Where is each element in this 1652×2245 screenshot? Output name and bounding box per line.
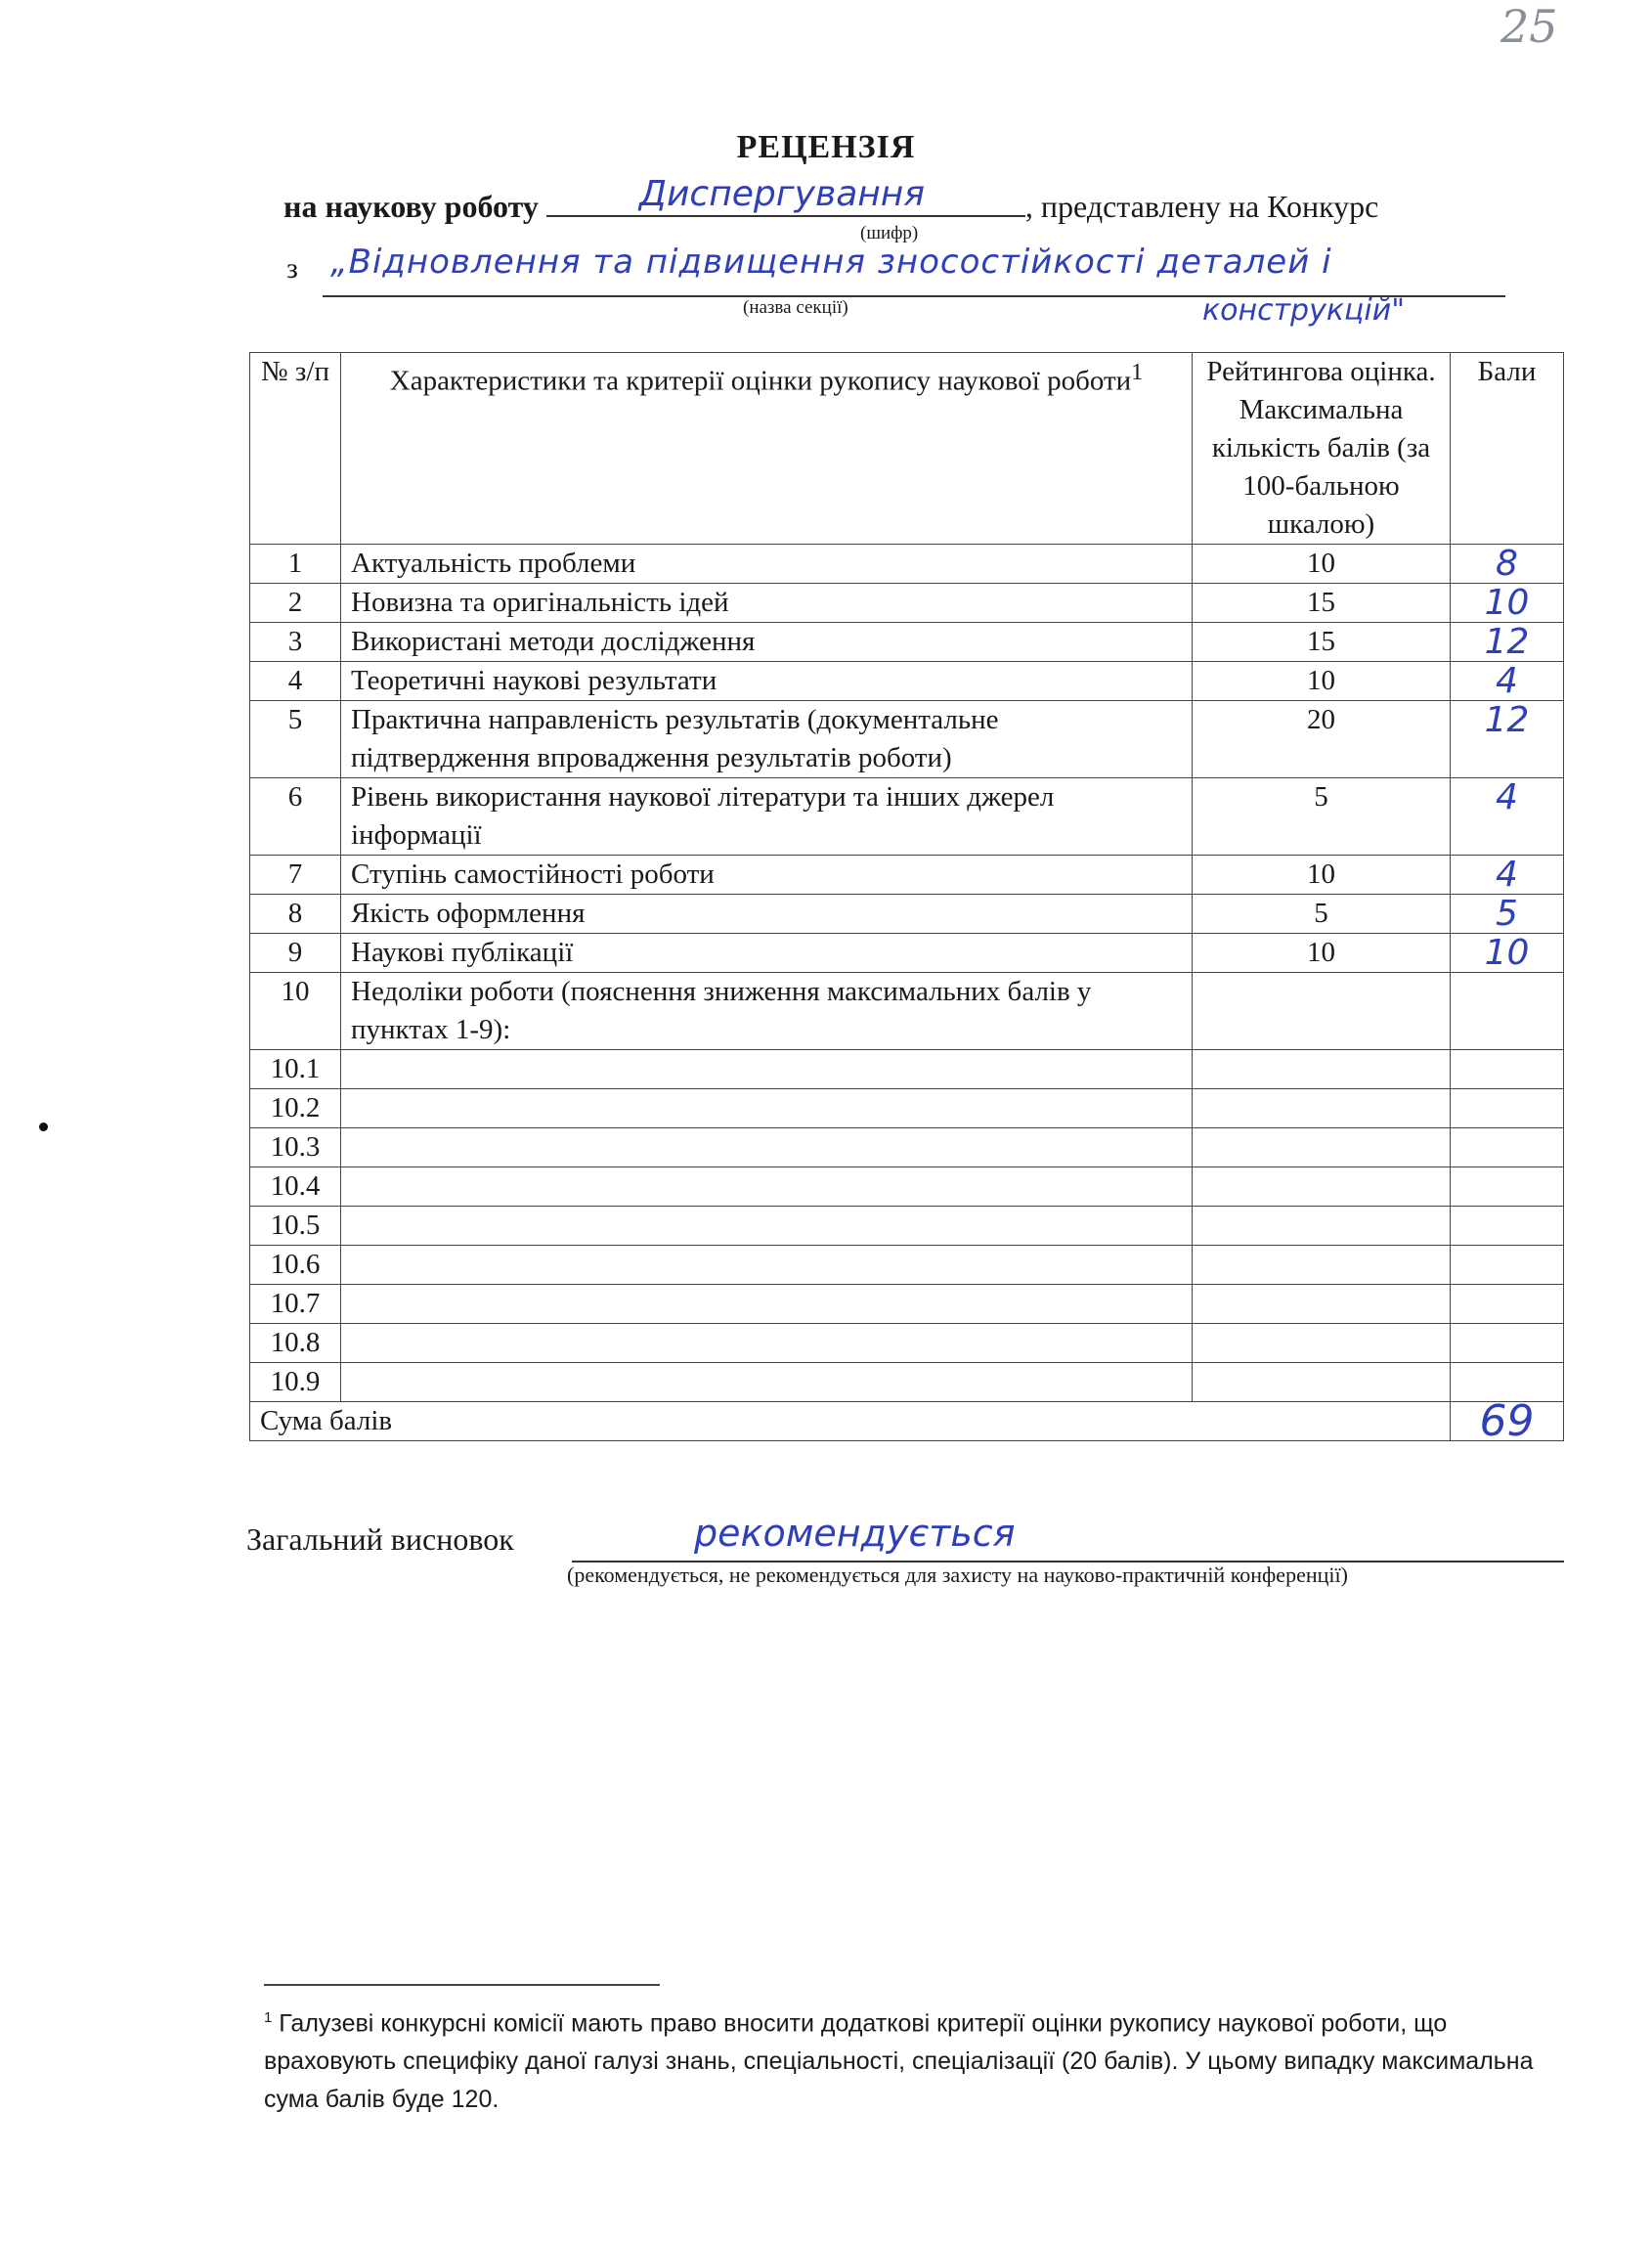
section-caption: (назва секції) xyxy=(743,297,848,319)
table-subrow: 10.4 xyxy=(250,1167,1564,1207)
conclusion-caption: (рекомендується, не рекомендується для з… xyxy=(567,1563,1348,1588)
row-score-handwritten: 12 xyxy=(1485,700,1530,740)
work-line: на наукову роботу Диспергування , предст… xyxy=(283,182,1378,225)
subrow-criteria-cell[interactable] xyxy=(341,1285,1193,1324)
table-row: 2Новизна та оригінальність ідей1510 xyxy=(250,584,1564,623)
subrow-max-cell[interactable] xyxy=(1193,1050,1451,1089)
row-score-handwritten: 4 xyxy=(1496,777,1518,817)
row-number: 1 xyxy=(250,545,341,584)
row-number: 5 xyxy=(250,701,341,778)
work-cipher-handwritten: Диспергування xyxy=(639,174,925,214)
subrow-max-cell[interactable] xyxy=(1193,1363,1451,1402)
sum-row: Сума балів 69 xyxy=(250,1402,1564,1441)
row-score-cell[interactable]: 4 xyxy=(1451,778,1564,856)
row-number: 3 xyxy=(250,623,341,662)
row-criteria: Практична направленість результатів (док… xyxy=(341,701,1193,778)
row-max-score: 5 xyxy=(1193,778,1451,856)
row-score-cell[interactable]: 8 xyxy=(1451,545,1564,584)
subrow-score-cell[interactable] xyxy=(1451,1207,1564,1246)
table-subrow: 10.6 xyxy=(250,1246,1564,1285)
subrow-criteria-cell[interactable] xyxy=(341,1089,1193,1128)
row-max-score: 5 xyxy=(1193,895,1451,934)
subrow-max-cell[interactable] xyxy=(1193,1207,1451,1246)
row-criteria: Якість оформлення xyxy=(341,895,1193,934)
subrow-criteria-cell[interactable] xyxy=(341,1167,1193,1207)
sum-value-handwritten: 69 xyxy=(1480,1396,1535,1446)
table-row: 3Використані методи дослідження1512 xyxy=(250,623,1564,662)
row-score-handwritten: 4 xyxy=(1496,855,1518,895)
subrow-max-cell[interactable] xyxy=(1193,1089,1451,1128)
row-score-handwritten: 5 xyxy=(1496,894,1518,934)
column-header-number: № з/п xyxy=(250,353,341,545)
subrow-max-cell[interactable] xyxy=(1193,1324,1451,1363)
work-cipher-field[interactable]: Диспергування xyxy=(546,182,1025,217)
column-header-max-score: Рейтингова оцінка. Максимальна кількість… xyxy=(1193,353,1451,545)
column-header-criteria: Характеристики та критерії оцінки рукопи… xyxy=(341,353,1193,545)
subrow-score-cell[interactable] xyxy=(1451,1324,1564,1363)
row-score-cell[interactable]: 4 xyxy=(1451,662,1564,701)
footnote-divider xyxy=(264,1984,660,1986)
conclusion-handwritten: рекомендується xyxy=(694,1512,1016,1555)
section-name-handwritten-line2: конструкцій" xyxy=(1202,293,1405,328)
row-max-score: 15 xyxy=(1193,623,1451,662)
row-max-score: 20 xyxy=(1193,701,1451,778)
row-score-cell[interactable]: 5 xyxy=(1451,895,1564,934)
footnote: 1 Галузеві конкурсні комісії мають право… xyxy=(264,1999,1574,2119)
column-header-score: Бали xyxy=(1451,353,1564,545)
table-subrow: 10.7 xyxy=(250,1285,1564,1324)
row-max-score: 10 xyxy=(1193,856,1451,895)
row-criteria: Новизна та оригінальність ідей xyxy=(341,584,1193,623)
table-subrow: 10.8 xyxy=(250,1324,1564,1363)
subrow-max-cell[interactable] xyxy=(1193,1285,1451,1324)
row-max-score: 15 xyxy=(1193,584,1451,623)
document-title: РЕЦЕНЗІЯ xyxy=(0,129,1652,166)
row-score-cell[interactable]: 10 xyxy=(1451,934,1564,973)
table-subrow: 10.3 xyxy=(250,1128,1564,1167)
subrow-number: 10.2 xyxy=(250,1089,341,1128)
subrow-score-cell[interactable] xyxy=(1451,1089,1564,1128)
subrow-score-cell[interactable] xyxy=(1451,1246,1564,1285)
row-score-cell[interactable]: 4 xyxy=(1451,856,1564,895)
table-row: 1Актуальність проблеми108 xyxy=(250,545,1564,584)
row-number: 9 xyxy=(250,934,341,973)
row-criteria: Наукові публікації xyxy=(341,934,1193,973)
row-criteria: Ступінь самостійності роботи xyxy=(341,856,1193,895)
subrow-number: 10.1 xyxy=(250,1050,341,1089)
row-score-cell[interactable]: 12 xyxy=(1451,701,1564,778)
row-number: 10 xyxy=(250,973,341,1050)
subrow-number: 10.6 xyxy=(250,1246,341,1285)
section-prefix: з xyxy=(286,252,298,286)
table-row: 6Рівень використання наукової літератури… xyxy=(250,778,1564,856)
table-subrow: 10.5 xyxy=(250,1207,1564,1246)
table-row: 4Теоретичні наукові результати104 xyxy=(250,662,1564,701)
work-suffix: , представлену на Конкурс xyxy=(1025,189,1378,224)
subrow-score-cell[interactable] xyxy=(1451,1167,1564,1207)
row-number: 2 xyxy=(250,584,341,623)
subrow-criteria-cell[interactable] xyxy=(341,1207,1193,1246)
table-subrow: 10.9 xyxy=(250,1363,1564,1402)
table-row: 5Практична направленість результатів (до… xyxy=(250,701,1564,778)
row-score-handwritten: 10 xyxy=(1485,933,1530,973)
stray-dot xyxy=(39,1122,48,1131)
subrow-number: 10.7 xyxy=(250,1285,341,1324)
row-score-handwritten: 12 xyxy=(1485,622,1530,662)
subrow-number: 10.8 xyxy=(250,1324,341,1363)
handwritten-page-number: 25 xyxy=(1500,0,1558,53)
row-number: 4 xyxy=(250,662,341,701)
subrow-number: 10.3 xyxy=(250,1128,341,1167)
subrow-number: 10.5 xyxy=(250,1207,341,1246)
table-subrow: 10.1 xyxy=(250,1050,1564,1089)
table-header-row: № з/п Характеристики та критерії оцінки … xyxy=(250,353,1564,545)
sum-label: Сума балів xyxy=(250,1402,1451,1441)
row-number: 8 xyxy=(250,895,341,934)
row-score-cell[interactable] xyxy=(1451,973,1564,1050)
subrow-criteria-cell[interactable] xyxy=(341,1324,1193,1363)
table-row: 10Недоліки роботи (пояснення зниження ма… xyxy=(250,973,1564,1050)
subrow-criteria-cell[interactable] xyxy=(341,1246,1193,1285)
row-criteria: Теоретичні наукові результати xyxy=(341,662,1193,701)
row-number: 7 xyxy=(250,856,341,895)
row-max-score: 10 xyxy=(1193,934,1451,973)
table-row: 9Наукові публікації1010 xyxy=(250,934,1564,973)
subrow-max-cell[interactable] xyxy=(1193,1128,1451,1167)
subrow-score-cell[interactable] xyxy=(1451,1128,1564,1167)
subrow-criteria-cell[interactable] xyxy=(341,1128,1193,1167)
row-score-cell[interactable]: 12 xyxy=(1451,623,1564,662)
sum-value-cell[interactable]: 69 xyxy=(1451,1402,1564,1441)
subrow-score-cell[interactable] xyxy=(1451,1050,1564,1089)
row-number: 6 xyxy=(250,778,341,856)
footnote-mark: 1 xyxy=(1131,359,1143,385)
row-score-handwritten: 10 xyxy=(1485,583,1530,623)
row-criteria: Використані методи дослідження xyxy=(341,623,1193,662)
row-max-score xyxy=(1193,973,1451,1050)
row-score-handwritten: 8 xyxy=(1496,544,1518,584)
subrow-criteria-cell[interactable] xyxy=(341,1363,1193,1402)
section-name-handwritten-line1: „Відновлення та підвищення зносостійкост… xyxy=(330,242,1332,282)
subrow-max-cell[interactable] xyxy=(1193,1167,1451,1207)
subrow-number: 10.9 xyxy=(250,1363,341,1402)
row-max-score: 10 xyxy=(1193,662,1451,701)
row-criteria: Актуальність проблеми xyxy=(341,545,1193,584)
table-subrow: 10.2 xyxy=(250,1089,1564,1128)
work-prefix: на наукову роботу xyxy=(283,189,539,224)
subrow-number: 10.4 xyxy=(250,1167,341,1207)
row-max-score: 10 xyxy=(1193,545,1451,584)
subrow-score-cell[interactable] xyxy=(1451,1285,1564,1324)
subrow-max-cell[interactable] xyxy=(1193,1246,1451,1285)
row-criteria: Рівень використання наукової літератури … xyxy=(341,778,1193,856)
row-criteria: Недоліки роботи (пояснення зниження макс… xyxy=(341,973,1193,1050)
table-row: 8Якість оформлення55 xyxy=(250,895,1564,934)
cipher-caption: (шифр) xyxy=(860,223,918,244)
evaluation-table: № з/п Характеристики та критерії оцінки … xyxy=(249,352,1564,1441)
table-row: 7Ступінь самостійності роботи104 xyxy=(250,856,1564,895)
row-score-handwritten: 4 xyxy=(1496,661,1518,701)
row-score-cell[interactable]: 10 xyxy=(1451,584,1564,623)
conclusion-label: Загальний висновок xyxy=(246,1521,514,1558)
subrow-criteria-cell[interactable] xyxy=(341,1050,1193,1089)
